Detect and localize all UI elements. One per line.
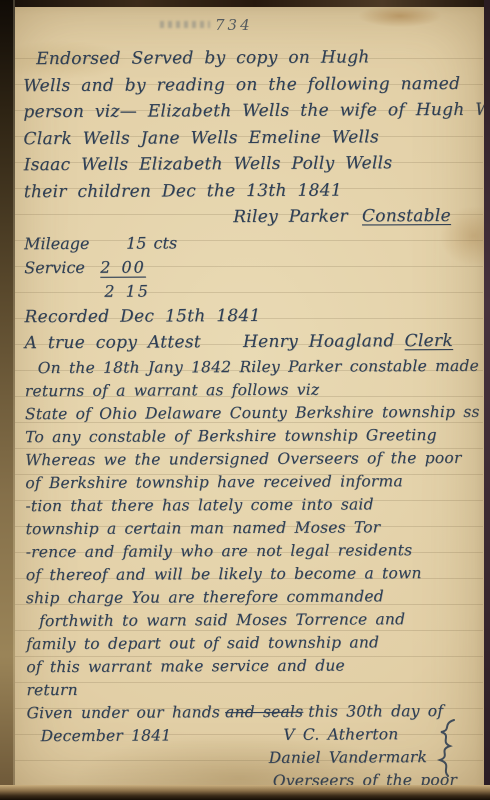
mileage-label: Mileage bbox=[24, 231, 100, 254]
ink-smudge bbox=[160, 21, 210, 28]
fee-total: 2 15 bbox=[24, 277, 477, 303]
overseer-signature-1: V C. Atherton bbox=[283, 723, 398, 747]
warrant-line: To any constable of Berkshire township G… bbox=[25, 423, 478, 448]
warrant-line: State of Ohio Delaware County Berkshire … bbox=[25, 400, 478, 425]
endorsement-line: Clark Wells Jane Wells Emeline Wells bbox=[23, 123, 476, 152]
struck-words: and seals bbox=[225, 702, 303, 720]
warrant-line: of Berkshire township have received info… bbox=[25, 469, 478, 494]
attest-line: A true copy AttestHenry HoaglandClerk bbox=[25, 328, 478, 357]
warrant-line: Whereas we the undersigned Overseers of … bbox=[25, 446, 478, 471]
warrant-line: -rence and family who are not legal resi… bbox=[26, 538, 479, 563]
constable-title: Constable bbox=[362, 206, 451, 226]
endorsement-line: Isaac Wells Elizabeth Wells Polly Wells bbox=[24, 150, 477, 179]
binding-edge-left bbox=[0, 0, 15, 800]
mileage-amount: 15 cts bbox=[100, 233, 177, 252]
service-label: Service bbox=[24, 255, 100, 278]
warrant-line: returns of a warrant as follows viz bbox=[25, 377, 478, 402]
warrant-line: of this warrant make service and due bbox=[26, 653, 479, 678]
page-edge-top bbox=[0, 0, 490, 7]
endorsement-line: person viz— Elizabeth Wells the wife of … bbox=[23, 97, 476, 126]
closing-date: December 1841 bbox=[27, 724, 172, 748]
recorded-line: Recorded Dec 15th 1841 bbox=[24, 301, 477, 330]
endorsement-line: their children Dec the 13th 1841 bbox=[24, 176, 477, 205]
warrant-line: family to depart out of said township an… bbox=[26, 630, 479, 655]
clerk-name: Henry Hoagland bbox=[243, 331, 395, 352]
page-number: 734 bbox=[215, 16, 253, 34]
brace-flourish-icon bbox=[432, 718, 458, 778]
closing-text: Given under our hands bbox=[26, 703, 220, 722]
warrant-line: ship charge You are therefore commanded bbox=[26, 584, 479, 609]
ledger-page: 734 Endorsed Served by copy on Hugh Well… bbox=[0, 0, 490, 800]
page-edge-right bbox=[484, 0, 490, 800]
page-edge-bottom bbox=[0, 785, 490, 800]
service-amount: 2 00 bbox=[100, 257, 146, 276]
fee-row-mileage: Mileage15 cts bbox=[24, 229, 477, 255]
attest-label: A true copy Attest bbox=[25, 332, 201, 353]
constable-signature: Riley ParkerConstable bbox=[24, 203, 477, 232]
warrant-line: forthwith to warn said Moses Torrence an… bbox=[26, 607, 479, 632]
overseer-signature-2: Daniel Vandermark bbox=[27, 745, 480, 770]
warrant-line: return bbox=[26, 676, 479, 701]
endorsement-line: Endorsed Served by copy on Hugh bbox=[23, 44, 476, 73]
handwritten-content: Endorsed Served by copy on Hugh Wells an… bbox=[23, 44, 480, 794]
warrant-line: of thereof and will be likely to become … bbox=[26, 561, 479, 586]
warrant-line: township a certain man named Moses Tor bbox=[26, 515, 479, 540]
date-signature-row: December 1841 V C. Atherton bbox=[27, 722, 480, 747]
constable-name: Riley Parker bbox=[233, 206, 348, 227]
fee-row-service: Service2 00 bbox=[24, 253, 477, 279]
warrant-line: -tion that there has lately come into sa… bbox=[25, 492, 478, 517]
endorsement-line: Wells and by reading on the following na… bbox=[23, 70, 476, 99]
clerk-title: Clerk bbox=[405, 331, 454, 351]
warrant-line: On the 18th Jany 1842 Riley Parker const… bbox=[25, 354, 478, 379]
closing-line: Given under our handsand sealsthis 30th … bbox=[26, 699, 479, 724]
closing-text: this 30th day of bbox=[308, 702, 443, 721]
